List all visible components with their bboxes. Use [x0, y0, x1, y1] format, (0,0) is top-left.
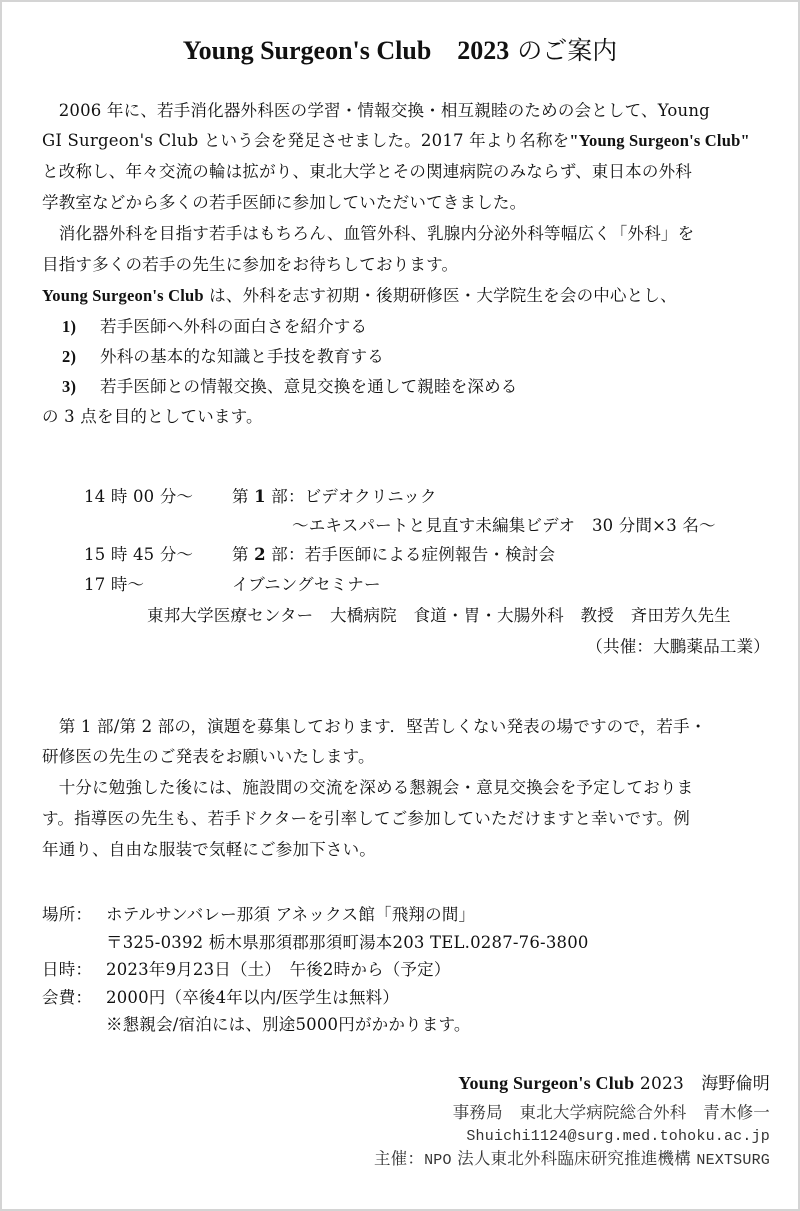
schedule-time: 17 時～ — [84, 570, 144, 600]
part-number: 1 — [254, 487, 266, 506]
intro-line: と改称し、年々交流の輪は拡がり、東北大学とその関連病院のみならず、東日本の外科 — [42, 157, 692, 187]
fee-value: 2000円（卒後4年以内/医学生は無料） — [106, 983, 399, 1013]
seminar-sponsor: （共催：大鵬薬品工業） — [586, 632, 770, 662]
title-suffix: のご案内 — [509, 36, 617, 65]
fee-label: 会費： — [42, 983, 92, 1013]
call-line: す。指導医の先生も、若手ドクターを引率してご参加していただけますと幸いです。例 — [42, 804, 690, 834]
intro-text: GI Surgeon's Club という会を発足させました。2017 年より名… — [42, 131, 569, 150]
date-value: 2023年9月23日（土） 午後2時から（予定） — [106, 955, 451, 985]
footer-organizer: Young Surgeon's Club 2023 海野倫明 — [458, 1068, 770, 1099]
goal-item: 3)若手医師との情報交換、意見交換を通して親睦を深める — [42, 372, 518, 402]
footer-club: Young Surgeon's Club — [458, 1073, 634, 1093]
schedule-time: 15 時 45 分～ — [84, 540, 193, 570]
intro-line: 消化器外科を目指す若手はもちろん、血管外科、乳腺内分泌外科等幅広く「外科」を — [42, 219, 694, 249]
purpose-end: の 3 点を目的としています。 — [42, 402, 263, 432]
part-prefix: 第 — [232, 545, 254, 564]
intro-line: GI Surgeon's Club という会を発足させました。2017 年より名… — [42, 126, 750, 156]
call-line: 年通り、自由な服装で気軽にご参加下さい。 — [42, 835, 376, 865]
goal-text: 若手医師へ外科の面白さを紹介する — [100, 317, 367, 336]
footer-host: 主催：NPO 法人東北外科臨床研究推進機構 NEXTSURG — [374, 1144, 770, 1176]
venue-address: 〒325-0392 栃木県那須郡那須町湯本203 TEL.0287-76-380… — [106, 928, 589, 958]
club-name-bold: "Young Surgeon's Club" — [569, 131, 749, 150]
venue-value: ホテルサンバレー那須 アネックス館「飛翔の間」 — [106, 900, 475, 930]
goal-item: 1)若手医師へ外科の面白さを紹介する — [42, 312, 367, 342]
schedule-desc: 第 1 部：ビデオクリニック — [232, 482, 437, 512]
host-name: 法人東北外科臨床研究推進機構 — [452, 1149, 697, 1168]
goal-text: 外科の基本的な知識と手技を教育する — [100, 347, 384, 366]
part-title: 部：ビデオクリニック — [266, 487, 437, 506]
goal-text: 若手医師との情報交換、意見交換を通して親睦を深める — [100, 377, 518, 396]
fee-note: ※懇親会/宿泊には、別途5000円がかかります。 — [106, 1010, 471, 1040]
document-page: Young Surgeon's Club 2023 のご案内 2006 年に、若… — [0, 0, 800, 1211]
call-line: 研修医の先生のご発表をお願いいたします。 — [42, 742, 375, 772]
intro-line: 目指す多くの若手の先生に参加をお待ちしております。 — [42, 250, 458, 280]
call-line: 十分に勉強した後には、施設間の交流を深める懇親会・意見交換会を予定しておりま — [42, 773, 693, 803]
goal-number: 3) — [62, 372, 100, 402]
host-prefix: 主催： — [374, 1149, 424, 1168]
part-number: 2 — [254, 545, 266, 564]
goal-number: 2) — [62, 342, 100, 372]
purpose-text: は、外科を志す初期・後期研修医・大学院生を会の中心とし、 — [204, 286, 677, 305]
club-name-bold: Young Surgeon's Club — [42, 286, 204, 305]
title-club: Young Surgeon's Club 2023 — [183, 36, 510, 65]
schedule-desc: イブニングセミナー — [232, 570, 381, 600]
intro-line: 学教室などから多くの若手医師に参加していただいてきました。 — [42, 188, 526, 218]
seminar-speaker: 東邦大学医療センター 大橋病院 食道・胃・大腸外科 教授 斉田芳久先生 — [147, 601, 731, 631]
date-label: 日時： — [42, 955, 92, 985]
footer-year-name: 2023 海野倫明 — [634, 1074, 770, 1094]
schedule-time: 14 時 00 分～ — [84, 482, 193, 512]
call-line: 第 1 部/第 2 部の，演題を募集しております．堅苦しくない発表の場ですので，… — [42, 712, 707, 742]
host-npo: NPO — [424, 1152, 452, 1169]
part-title: 部：若手医師による症例報告・検討会 — [266, 545, 555, 564]
page-title: Young Surgeon's Club 2023 のご案内 — [2, 34, 798, 68]
goal-number: 1) — [62, 312, 100, 342]
venue-label: 場所： — [42, 900, 92, 930]
part-prefix: 第 — [232, 487, 254, 506]
goal-item: 2)外科の基本的な知識と手技を教育する — [42, 342, 384, 372]
intro-line: 2006 年に、若手消化器外科医の学習・情報交換・相互親睦のための会として、Yo… — [42, 96, 710, 126]
schedule-sub: ～エキスパートと見直す未編集ビデオ 30 分間×3 名～ — [292, 511, 716, 541]
schedule-desc: 第 2 部：若手医師による症例報告・検討会 — [232, 540, 555, 570]
host-nextsurg: NEXTSURG — [696, 1152, 770, 1169]
purpose-intro: Young Surgeon's Club は、外科を志す初期・後期研修医・大学院… — [42, 281, 677, 311]
